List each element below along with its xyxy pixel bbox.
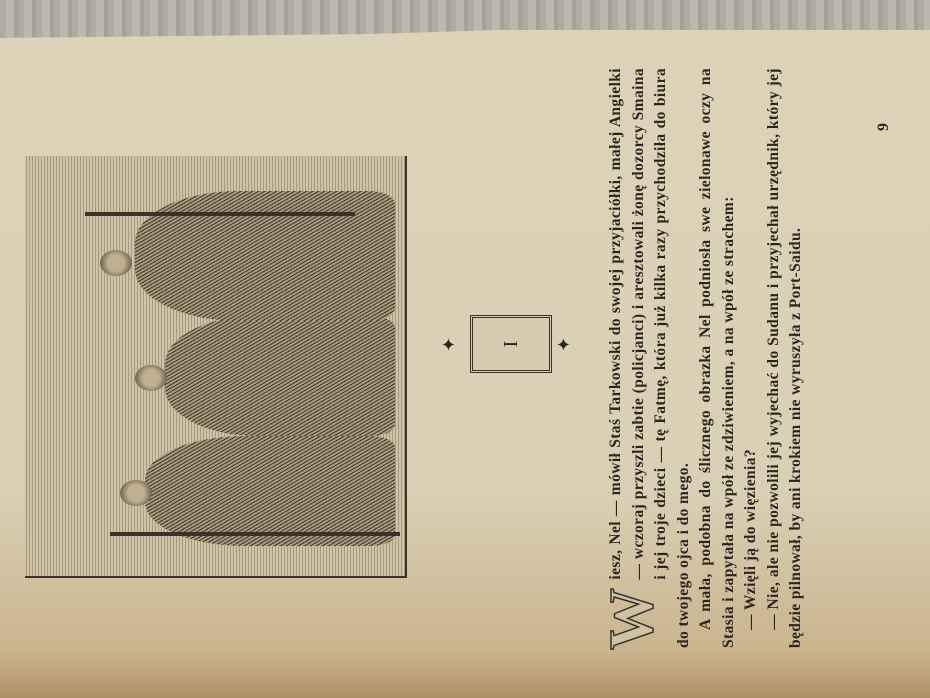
- drop-cap: W: [607, 588, 657, 650]
- paragraph-2: A mała, podobna do ślicznego obrazka Nel…: [695, 68, 740, 648]
- figure-man-rifle: [145, 436, 395, 546]
- paragraph-4: — Nie, ale nie pozwolili jej wyjechać do…: [763, 68, 808, 648]
- illustration-engraving: [25, 156, 407, 578]
- chapter-numeral: I: [500, 341, 523, 348]
- chapter-number-box: I: [470, 315, 552, 373]
- paragraph-1: Wiesz, Nel — mówił Staś Tarkowski do swo…: [605, 68, 695, 648]
- body-text: Wiesz, Nel — mówił Staś Tarkowski do swo…: [605, 68, 808, 648]
- figure-woman-children: [165, 316, 395, 436]
- rifle-left: [110, 532, 400, 536]
- figure-head: [100, 250, 132, 276]
- ornament-top-icon: ✦: [435, 342, 463, 352]
- paragraph-3: — Wzięli ją do więzienia?: [740, 68, 763, 648]
- figure-head: [135, 365, 167, 391]
- page-number: 9: [875, 123, 893, 131]
- ornament-bottom-icon: ✦: [550, 342, 578, 352]
- rotated-page-content: ✦ I ✦ Wiesz, Nel — mówił Staś Tarkowski …: [15, 48, 915, 648]
- figure-head: [120, 480, 152, 506]
- rifle-right: [85, 212, 355, 216]
- figure-guard-fez: [135, 191, 395, 321]
- book-page: ✦ I ✦ Wiesz, Nel — mówił Staś Tarkowski …: [0, 0, 930, 698]
